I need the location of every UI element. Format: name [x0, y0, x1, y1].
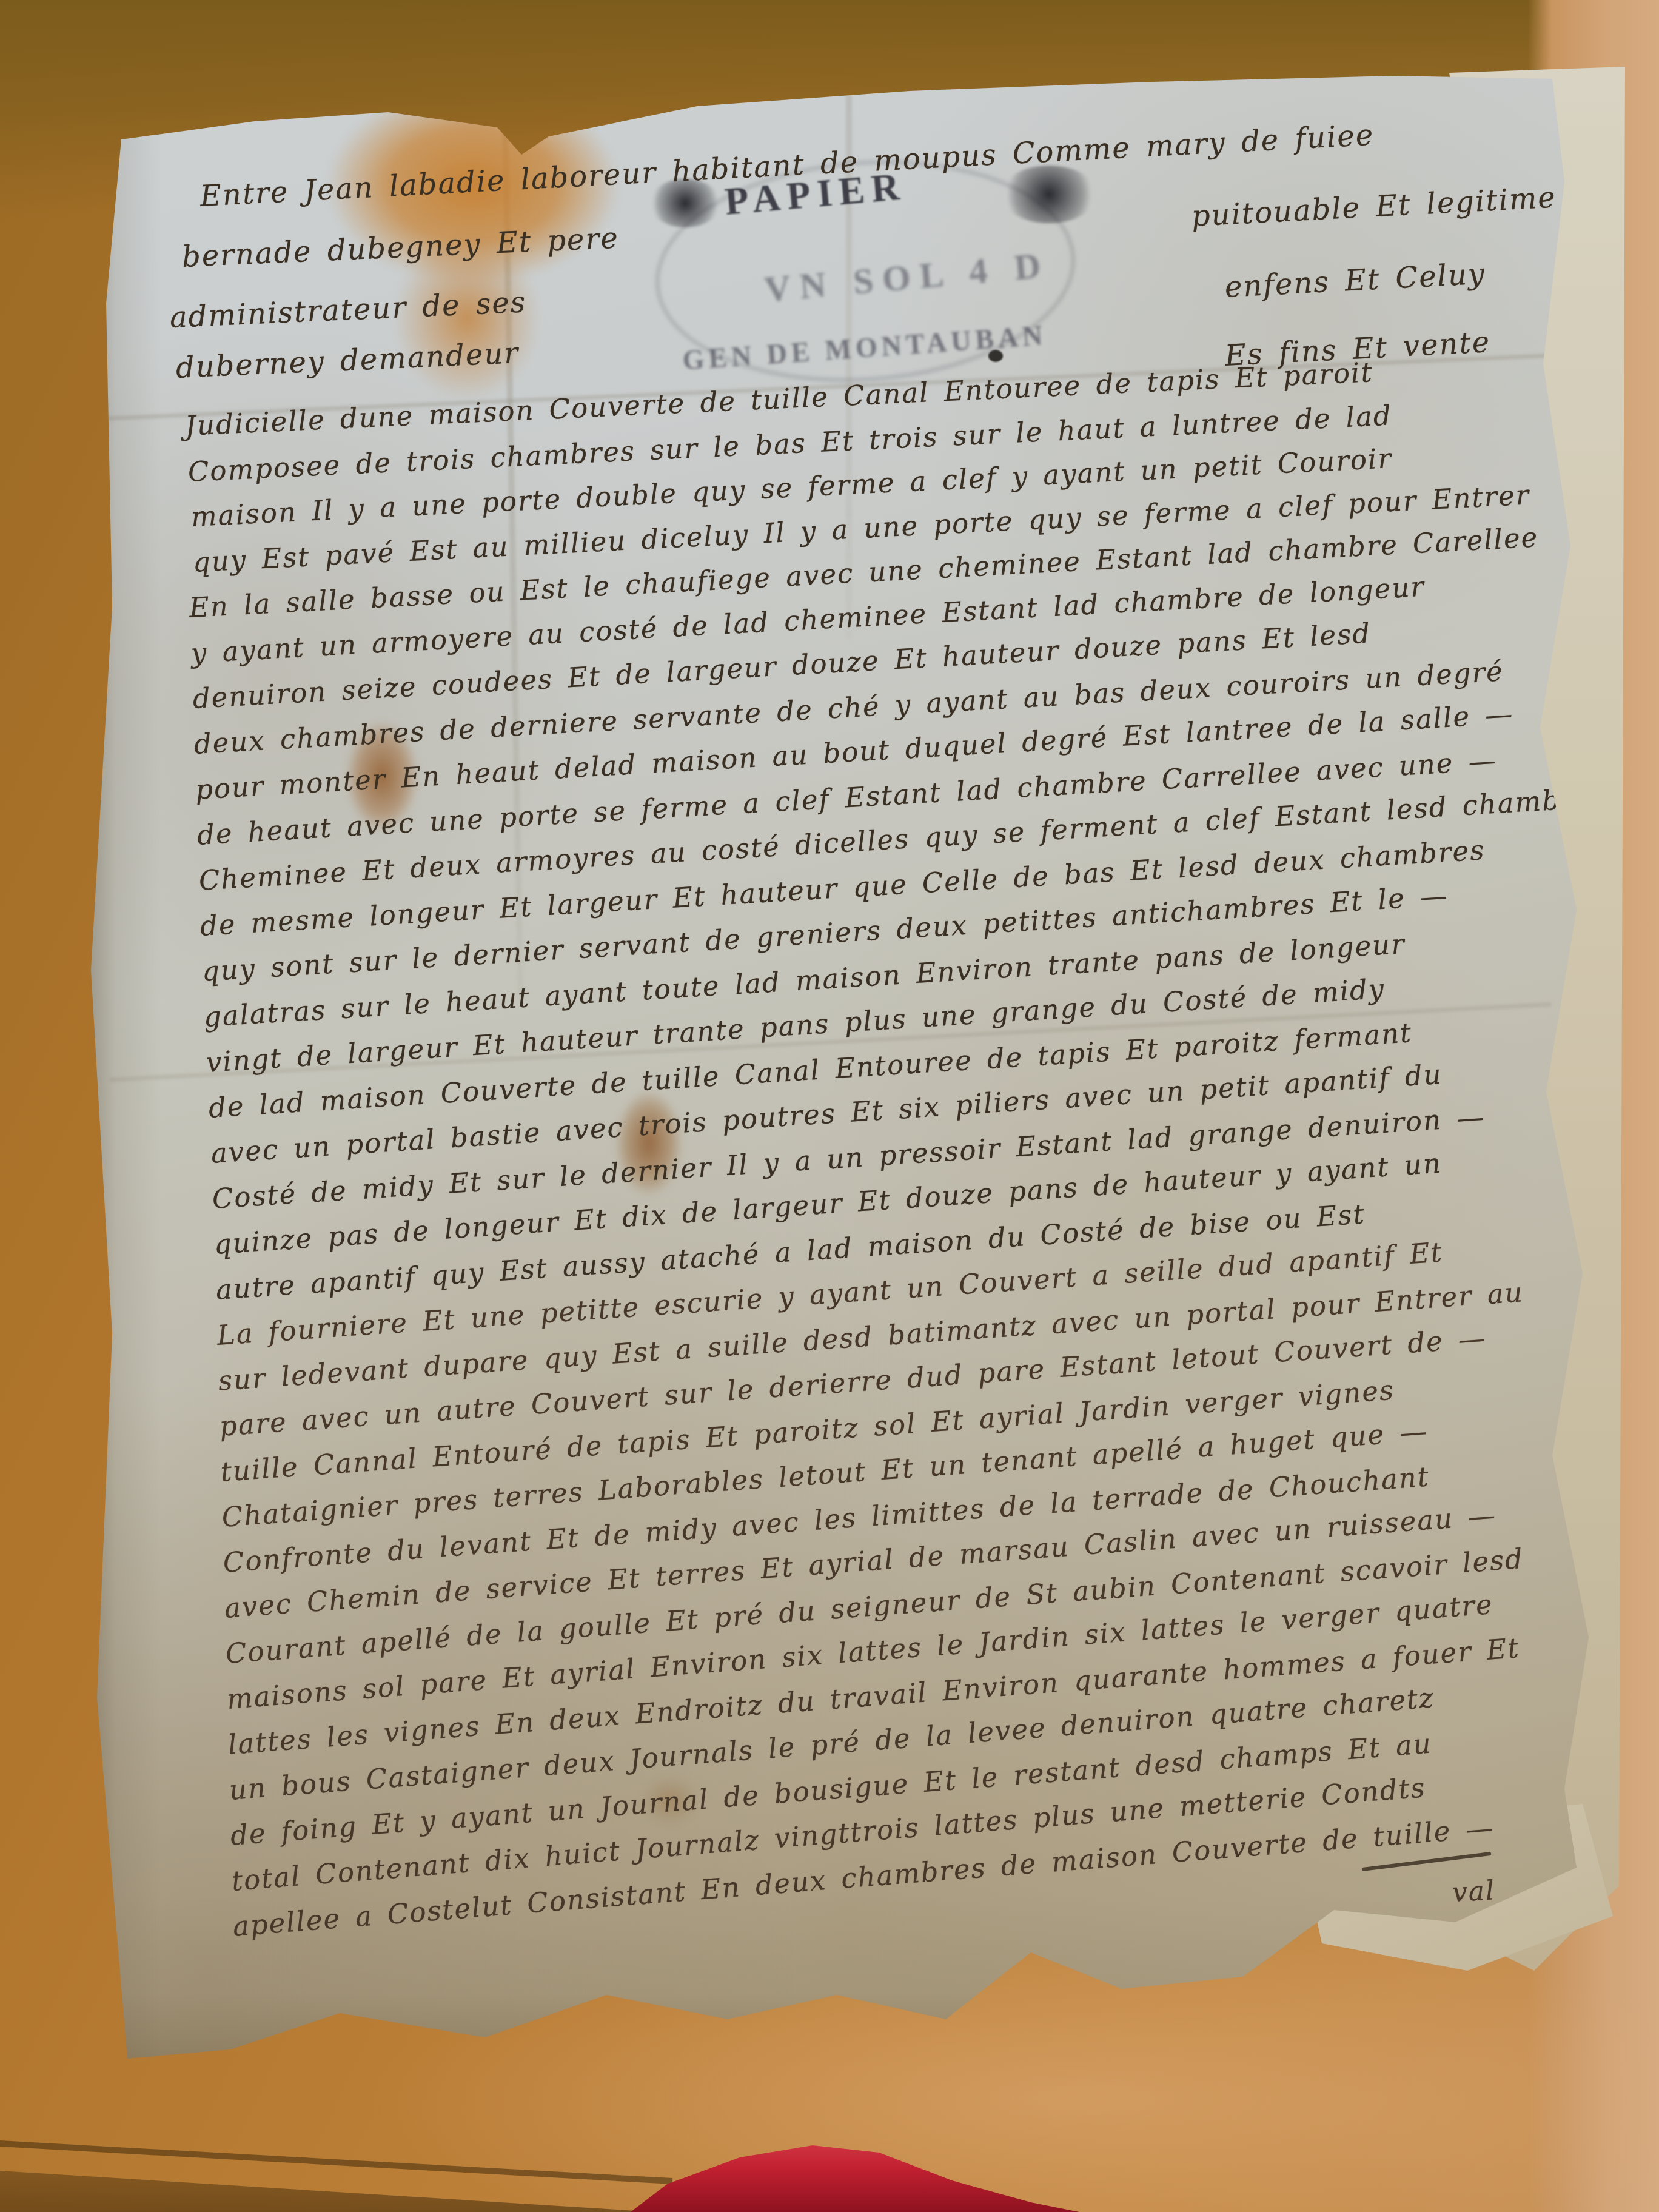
manuscript-sheet: PAPIER VN SOL 4 D GEN DE MONTAUBAN Entre… [85, 70, 1613, 2074]
stamp-ornament-right [1000, 166, 1098, 223]
catchword: val [1452, 1877, 1496, 1906]
photo-scene: PAPIER VN SOL 4 D GEN DE MONTAUBAN Entre… [0, 0, 1659, 2212]
